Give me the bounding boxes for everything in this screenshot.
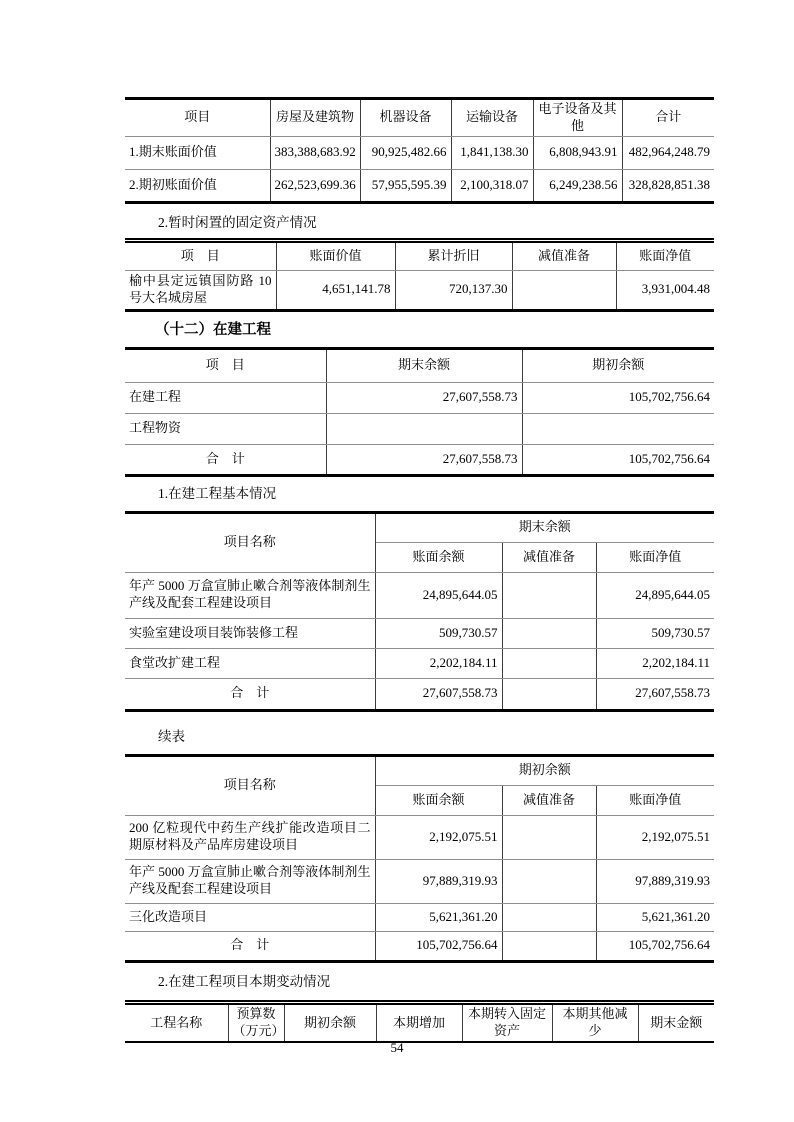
- col-header: 账面净值: [616, 240, 714, 270]
- table-row: 2.期初账面价值 262,523,699.36 57,955,595.39 2,…: [125, 169, 714, 202]
- section-heading-cip-changes: 2.在建工程项目本期变动情况: [158, 972, 714, 992]
- row-label: 年产 5000 万盒宣肺止嗽合剂等液体制剂生产线及配套工程建设项目: [125, 572, 375, 618]
- table-header-row: 项 目 期末余额 期初余额: [125, 348, 714, 382]
- col-header: 减值准备: [512, 240, 616, 270]
- col-header: 预算数（万元）: [228, 1002, 284, 1042]
- cell-value: [502, 815, 596, 859]
- page-number: 54: [0, 1040, 794, 1056]
- col-header: 电子设备及其他: [533, 99, 622, 137]
- cell-value: 1,841,138.30: [451, 136, 533, 169]
- cell-value: 97,889,319.93: [596, 859, 714, 903]
- cell-value: [326, 413, 522, 444]
- table-total-row: 合 计 27,607,558.73 105,702,756.64: [125, 444, 714, 475]
- table-row: 榆中县定远镇国防路 10 号大名城房屋 4,651,141.78 720,137…: [125, 270, 714, 310]
- total-label: 合 计: [125, 931, 375, 961]
- col-header: 账面净值: [596, 542, 714, 572]
- cell-value: 6,249,238.56: [533, 169, 622, 202]
- table-row: 年产 5000 万盒宣肺止嗽合剂等液体制剂生产线及配套工程建设项目 97,889…: [125, 859, 714, 903]
- col-header: 合计: [622, 99, 714, 137]
- cell-value: [502, 903, 596, 931]
- cell-value: 2,192,075.51: [596, 815, 714, 859]
- col-group-header-opening: 期初余额: [375, 755, 714, 785]
- cell-value: 482,964,248.79: [622, 136, 714, 169]
- cell-value: 27,607,558.73: [596, 678, 714, 710]
- col-header: 本期增加: [376, 1002, 462, 1042]
- cell-value: 509,730.57: [596, 618, 714, 648]
- section-heading-cip-basic: 1.在建工程基本情况: [158, 484, 714, 504]
- cell-value: 2,100,318.07: [451, 169, 533, 202]
- col-header: 账面净值: [596, 785, 714, 815]
- table-row: 在建工程 27,607,558.73 105,702,756.64: [125, 382, 714, 413]
- cip-changes-table: 工程名称 预算数（万元） 期初余额 本期增加 本期转入固定资产 本期其他减少 期…: [125, 1000, 714, 1044]
- cip-opening-balance-table: 项目名称 期初余额 账面余额 减值准备 账面净值 200 亿粒现代中药生产线扩能…: [125, 754, 714, 963]
- col-header: 工程名称: [125, 1002, 228, 1042]
- table-header-row: 项 目 账面价值 累计折旧 减值准备 账面净值: [125, 240, 714, 270]
- cell-value: 328,828,851.38: [622, 169, 714, 202]
- col-header: 本期转入固定资产: [462, 1002, 552, 1042]
- col-header-project-name: 项目名称: [125, 512, 375, 572]
- cip-closing-balance-table: 项目名称 期末余额 账面余额 减值准备 账面净值 年产 5000 万盒宣肺止嗽合…: [125, 511, 714, 712]
- col-group-header-closing: 期末余额: [375, 512, 714, 542]
- cell-value: 6,808,943.91: [533, 136, 622, 169]
- cell-value: 27,607,558.73: [326, 444, 522, 475]
- row-label: 200 亿粒现代中药生产线扩能改造项目二期原材料及产品库房建设项目: [125, 815, 375, 859]
- table-header-row: 项目名称 期初余额: [125, 755, 714, 785]
- table-header-row: 项目名称 期末余额: [125, 512, 714, 542]
- table-row: 三化改造项目 5,621,361.20 5,621,361.20: [125, 903, 714, 931]
- col-header: 期末余额: [326, 348, 522, 382]
- table-total-row: 合 计 27,607,558.73 27,607,558.73: [125, 678, 714, 710]
- cell-value: 24,895,644.05: [596, 572, 714, 618]
- row-label: 实验室建设项目装饰装修工程: [125, 618, 375, 648]
- cell-value: 2,202,184.11: [596, 648, 714, 678]
- cell-value: [502, 648, 596, 678]
- cell-value: [502, 859, 596, 903]
- col-header: 账面价值: [276, 240, 395, 270]
- cip-summary-table: 项 目 期末余额 期初余额 在建工程 27,607,558.73 105,702…: [125, 347, 714, 477]
- cell-value: 97,889,319.93: [375, 859, 502, 903]
- row-label: 食堂改扩建工程: [125, 648, 375, 678]
- col-header: 期初余额: [522, 348, 714, 382]
- cell-value: 5,621,361.20: [596, 903, 714, 931]
- cell-value: 105,702,756.64: [522, 382, 714, 413]
- row-label: 工程物资: [125, 413, 326, 444]
- cell-value: [502, 931, 596, 961]
- cell-value: 2,202,184.11: [375, 648, 502, 678]
- row-label: 年产 5000 万盒宣肺止嗽合剂等液体制剂生产线及配套工程建设项目: [125, 859, 375, 903]
- row-label: 榆中县定远镇国防路 10 号大名城房屋: [125, 270, 276, 310]
- cell-value: 24,895,644.05: [375, 572, 502, 618]
- cell-value: 262,523,699.36: [270, 169, 360, 202]
- col-header: 项目: [125, 99, 270, 137]
- cell-value: 105,702,756.64: [596, 931, 714, 961]
- col-header: 账面余额: [375, 542, 502, 572]
- row-label: 1.期末账面价值: [125, 136, 270, 169]
- cell-value: [522, 413, 714, 444]
- section-heading-cip: （十二）在建工程: [155, 320, 714, 340]
- table-row: 1.期末账面价值 383,388,683.92 90,925,482.66 1,…: [125, 136, 714, 169]
- col-header-project-name: 项目名称: [125, 755, 375, 815]
- table-row: 年产 5000 万盒宣肺止嗽合剂等液体制剂生产线及配套工程建设项目 24,895…: [125, 572, 714, 618]
- cell-value: 3,931,004.48: [616, 270, 714, 310]
- fixed-assets-value-table: 项目 房屋及建筑物 机器设备 运输设备 电子设备及其他 合计 1.期末账面价值 …: [125, 97, 714, 204]
- col-header: 账面余额: [375, 785, 502, 815]
- col-header: 项 目: [125, 348, 326, 382]
- cell-value: 27,607,558.73: [375, 678, 502, 710]
- cell-value: 720,137.30: [395, 270, 512, 310]
- col-header: 期末金额: [638, 1002, 714, 1042]
- row-label: 三化改造项目: [125, 903, 375, 931]
- col-header: 减值准备: [502, 785, 596, 815]
- cell-value: 27,607,558.73: [326, 382, 522, 413]
- col-header: 运输设备: [451, 99, 533, 137]
- table-row: 工程物资: [125, 413, 714, 444]
- cell-value: 4,651,141.78: [276, 270, 395, 310]
- cell-value: [502, 678, 596, 710]
- col-header: 房屋及建筑物: [270, 99, 360, 137]
- cell-value: 383,388,683.92: [270, 136, 360, 169]
- col-header: 项 目: [125, 240, 276, 270]
- table-row: 食堂改扩建工程 2,202,184.11 2,202,184.11: [125, 648, 714, 678]
- report-page: 项目 房屋及建筑物 机器设备 运输设备 电子设备及其他 合计 1.期末账面价值 …: [0, 0, 794, 1122]
- section-heading-idle-assets: 2.暂时闲置的固定资产情况: [158, 213, 714, 233]
- table-total-row: 合 计 105,702,756.64 105,702,756.64: [125, 931, 714, 961]
- cell-value: 57,955,595.39: [360, 169, 451, 202]
- row-label: 在建工程: [125, 382, 326, 413]
- continued-table-label: 续表: [158, 727, 714, 747]
- table-header-row: 项目 房屋及建筑物 机器设备 运输设备 电子设备及其他 合计: [125, 99, 714, 137]
- cell-value: [502, 572, 596, 618]
- cell-value: 509,730.57: [375, 618, 502, 648]
- col-header: 减值准备: [502, 542, 596, 572]
- cell-value: 2,192,075.51: [375, 815, 502, 859]
- cell-value: 105,702,756.64: [375, 931, 502, 961]
- table-row: 实验室建设项目装饰装修工程 509,730.57 509,730.57: [125, 618, 714, 648]
- table-row: 200 亿粒现代中药生产线扩能改造项目二期原材料及产品库房建设项目 2,192,…: [125, 815, 714, 859]
- col-header: 期初余额: [284, 1002, 376, 1042]
- idle-assets-table: 项 目 账面价值 累计折旧 减值准备 账面净值 榆中县定远镇国防路 10 号大名…: [125, 238, 714, 312]
- cell-value: 105,702,756.64: [522, 444, 714, 475]
- cell-value: 90,925,482.66: [360, 136, 451, 169]
- col-header: 机器设备: [360, 99, 451, 137]
- table-header-row: 工程名称 预算数（万元） 期初余额 本期增加 本期转入固定资产 本期其他减少 期…: [125, 1002, 714, 1042]
- row-label: 2.期初账面价值: [125, 169, 270, 202]
- cell-value: [502, 618, 596, 648]
- total-label: 合 计: [125, 444, 326, 475]
- cell-value: 5,621,361.20: [375, 903, 502, 931]
- col-header: 累计折旧: [395, 240, 512, 270]
- col-header: 本期其他减少: [552, 1002, 638, 1042]
- cell-value: [512, 270, 616, 310]
- total-label: 合 计: [125, 678, 375, 710]
- page-content: 项目 房屋及建筑物 机器设备 运输设备 电子设备及其他 合计 1.期末账面价值 …: [125, 97, 714, 1043]
